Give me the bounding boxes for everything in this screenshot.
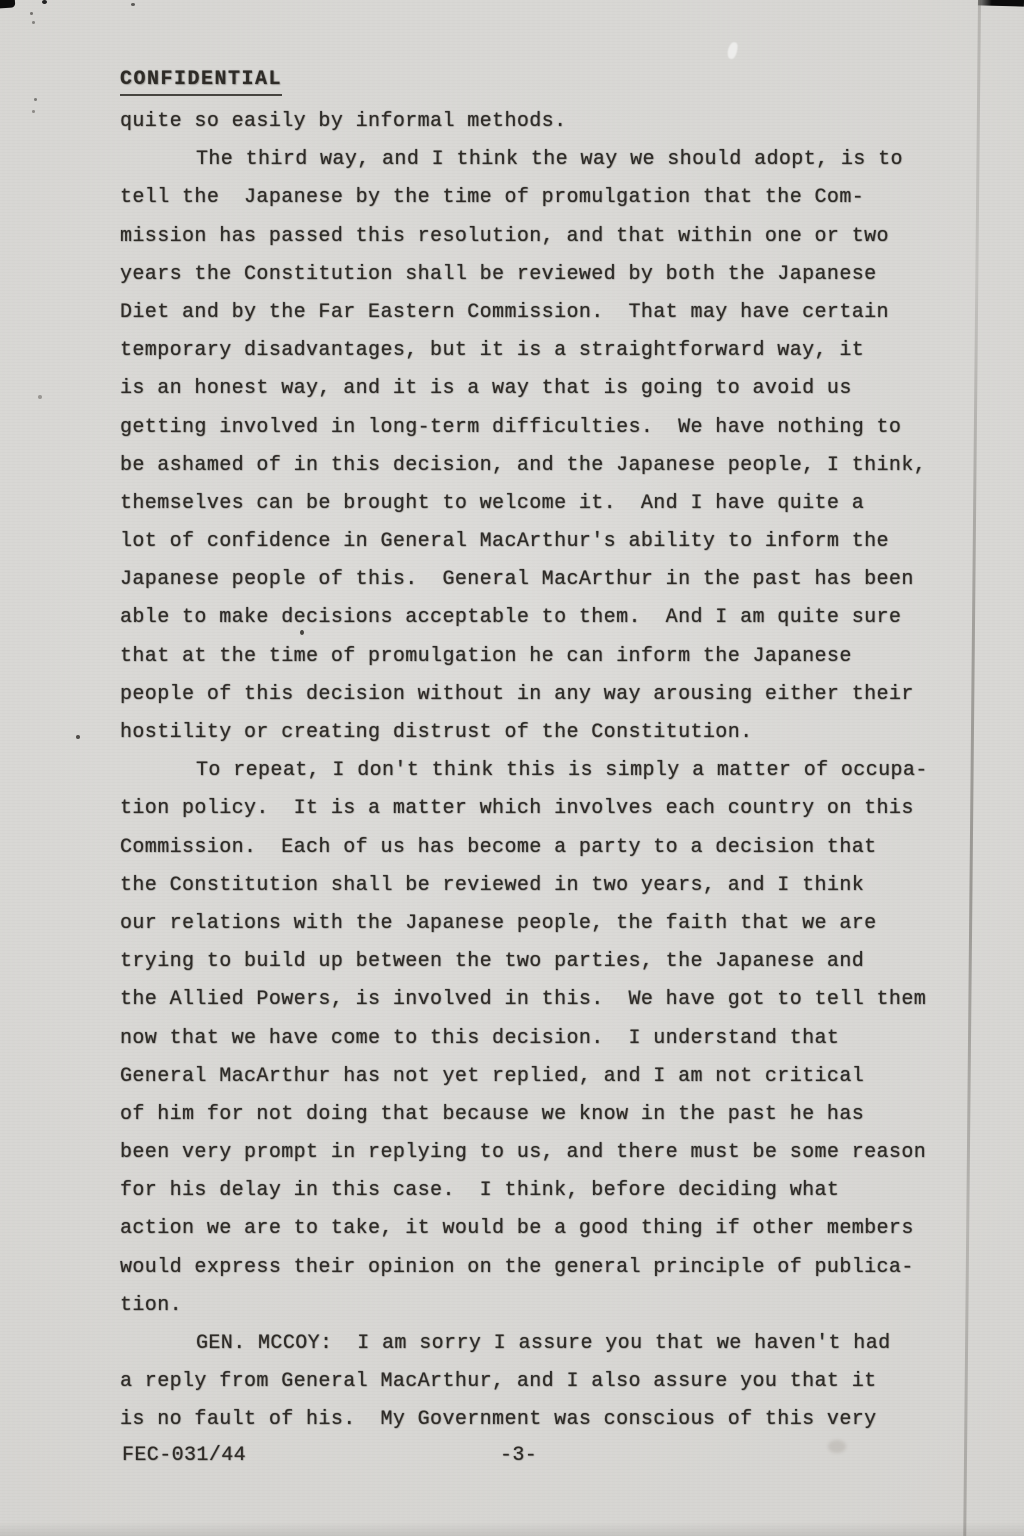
document-line: that at the time of promulgation he can … bbox=[120, 638, 940, 676]
document-line: tion. bbox=[120, 1287, 940, 1325]
scan-corner-mark-top-right bbox=[978, 0, 1024, 7]
document-line: quite so easily by informal methods. bbox=[120, 103, 940, 141]
scan-speck bbox=[131, 3, 135, 6]
document-line: Diet and by the Far Eastern Commission. … bbox=[120, 294, 940, 332]
document-line: getting involved in long-term difficulti… bbox=[120, 409, 940, 447]
document-line: hostility or creating distrust of the Co… bbox=[120, 714, 940, 752]
document-line: the Constitution shall be reviewed in tw… bbox=[120, 867, 940, 905]
document-line: Commission. Each of us has become a part… bbox=[120, 829, 940, 867]
document-line: people of this decision without in any w… bbox=[120, 676, 940, 714]
document-line: be ashamed of in this decision, and the … bbox=[120, 447, 940, 485]
page-footer: FEC-031/44 -3- bbox=[0, 1444, 1024, 1482]
document-line: is no fault of his. My Government was co… bbox=[120, 1401, 940, 1439]
scan-corner-mark-top-left bbox=[0, 0, 15, 9]
document-line: is an honest way, and it is a way that i… bbox=[120, 370, 940, 408]
document-line: mission has passed this resolution, and … bbox=[120, 218, 940, 256]
paper-blemish bbox=[726, 41, 738, 59]
document-line: of him for not doing that because we kno… bbox=[120, 1096, 940, 1134]
document-line: themselves can be brought to welcome it.… bbox=[120, 485, 940, 523]
document-line: would express their opinion on the gener… bbox=[120, 1249, 940, 1287]
document-line: been very prompt in replying to us, and … bbox=[120, 1134, 940, 1172]
document-line: temporary disadvantages, but it is a str… bbox=[120, 332, 940, 370]
document-line: the Allied Powers, is involved in this. … bbox=[120, 981, 940, 1019]
document-body: quite so easily by informal methods.The … bbox=[120, 103, 940, 1440]
scan-speck bbox=[30, 12, 33, 15]
scan-speck bbox=[76, 735, 80, 739]
scan-speck bbox=[34, 98, 37, 101]
document-line: General MacArthur has not yet replied, a… bbox=[120, 1058, 940, 1096]
document-line: GEN. MCCOY: I am sorry I assure you that… bbox=[120, 1325, 940, 1363]
document-line: To repeat, I don't think this is simply … bbox=[120, 752, 940, 790]
document-line: action we are to take, it would be a goo… bbox=[120, 1210, 940, 1248]
paper-crease-line bbox=[963, 0, 981, 1536]
document-line: a reply from General MacArthur, and I al… bbox=[120, 1363, 940, 1401]
document-line: able to make decisions acceptable to the… bbox=[120, 599, 940, 637]
document-line: for his delay in this case. I think, bef… bbox=[120, 1172, 940, 1210]
scan-speck bbox=[42, 0, 47, 4]
scan-speck bbox=[38, 395, 42, 399]
classification-stamp: CONFIDENTIAL bbox=[120, 68, 282, 96]
document-line: The third way, and I think the way we sh… bbox=[120, 141, 940, 179]
document-line: lot of confidence in General MacArthur's… bbox=[120, 523, 940, 561]
document-number: FEC-031/44 bbox=[122, 1444, 246, 1467]
document-line: trying to build up between the two parti… bbox=[120, 943, 940, 981]
document-line: tion policy. It is a matter which involv… bbox=[120, 790, 940, 828]
page-number: -3- bbox=[500, 1444, 537, 1467]
document-line: tell the Japanese by the time of promulg… bbox=[120, 179, 940, 217]
scanned-document-page: CONFIDENTIAL quite so easily by informal… bbox=[0, 0, 1024, 1536]
document-line: our relations with the Japanese people, … bbox=[120, 905, 940, 943]
document-line: now that we have come to this decision. … bbox=[120, 1020, 940, 1058]
document-line: Japanese people of this. General MacArth… bbox=[120, 561, 940, 599]
document-line: years the Constitution shall be reviewed… bbox=[120, 256, 940, 294]
